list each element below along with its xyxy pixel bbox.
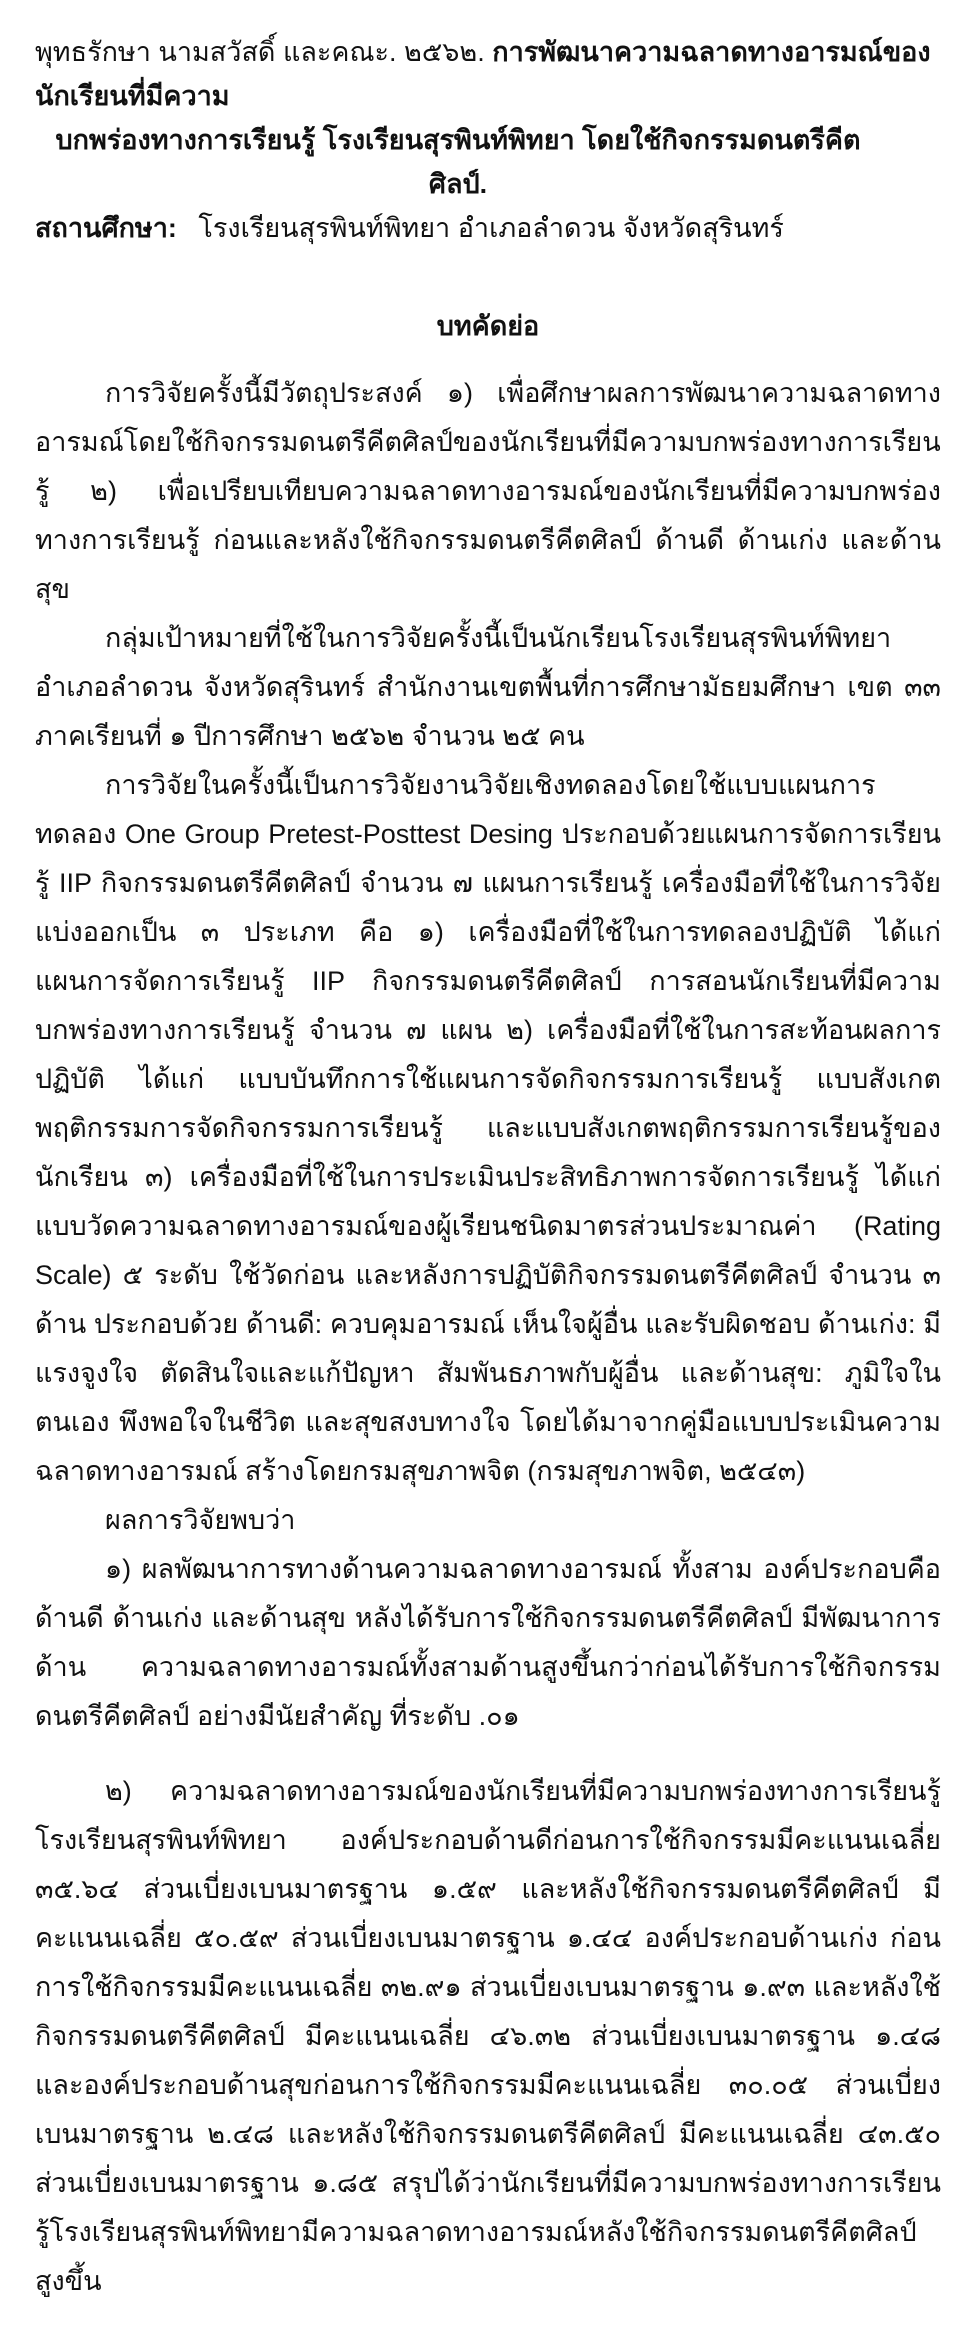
citation-header: พุทธรักษา นามสวัสดิ์ และคณะ. ๒๕๖๒. การพั… (35, 30, 941, 250)
paragraph-finding-1: ๑) ผลพัฒนาการทางด้านความฉลาดทางอารมณ์ ทั… (35, 1545, 941, 1741)
paragraph-objectives: การวิจัยครั้งนี้มีวัตถุประสงค์ ๑) เพื่อศ… (35, 369, 941, 614)
school-label: สถานศึกษา: (35, 213, 177, 243)
paragraph-target-group: กลุ่มเป้าหมายที่ใช้ในการวิจัยครั้งนี้เป็… (35, 614, 941, 761)
school-value: โรงเรียนสุรพินท์พิทยา อำเภอลำดวน จังหวัด… (184, 213, 784, 243)
paragraph-finding-2: ๒) ความฉลาดทางอารมณ์ของนักเรียนที่มีความ… (35, 1767, 941, 2306)
paragraph-findings-intro: ผลการวิจัยพบว่า (35, 1496, 941, 1545)
thesis-title-part2: บกพร่องทางการเรียนรู้ โรงเรียนสุรพินท์พิ… (35, 118, 941, 206)
citation-authors-year: พุทธรักษา นามสวัสดิ์ และคณะ. ๒๕๖๒. (35, 37, 485, 67)
paragraph-methodology: การวิจัยในครั้งนี้เป็นการวิจัยงานวิจัยเช… (35, 761, 941, 1496)
citation-line: พุทธรักษา นามสวัสดิ์ และคณะ. ๒๕๖๒. การพั… (35, 30, 941, 118)
document-page: พุทธรักษา นามสวัสดิ์ และคณะ. ๒๕๖๒. การพั… (0, 0, 973, 2346)
school-line: สถานศึกษา: โรงเรียนสุรพินท์พิทยา อำเภอลำ… (35, 206, 941, 250)
abstract-heading: บทคัดย่อ (35, 302, 941, 351)
